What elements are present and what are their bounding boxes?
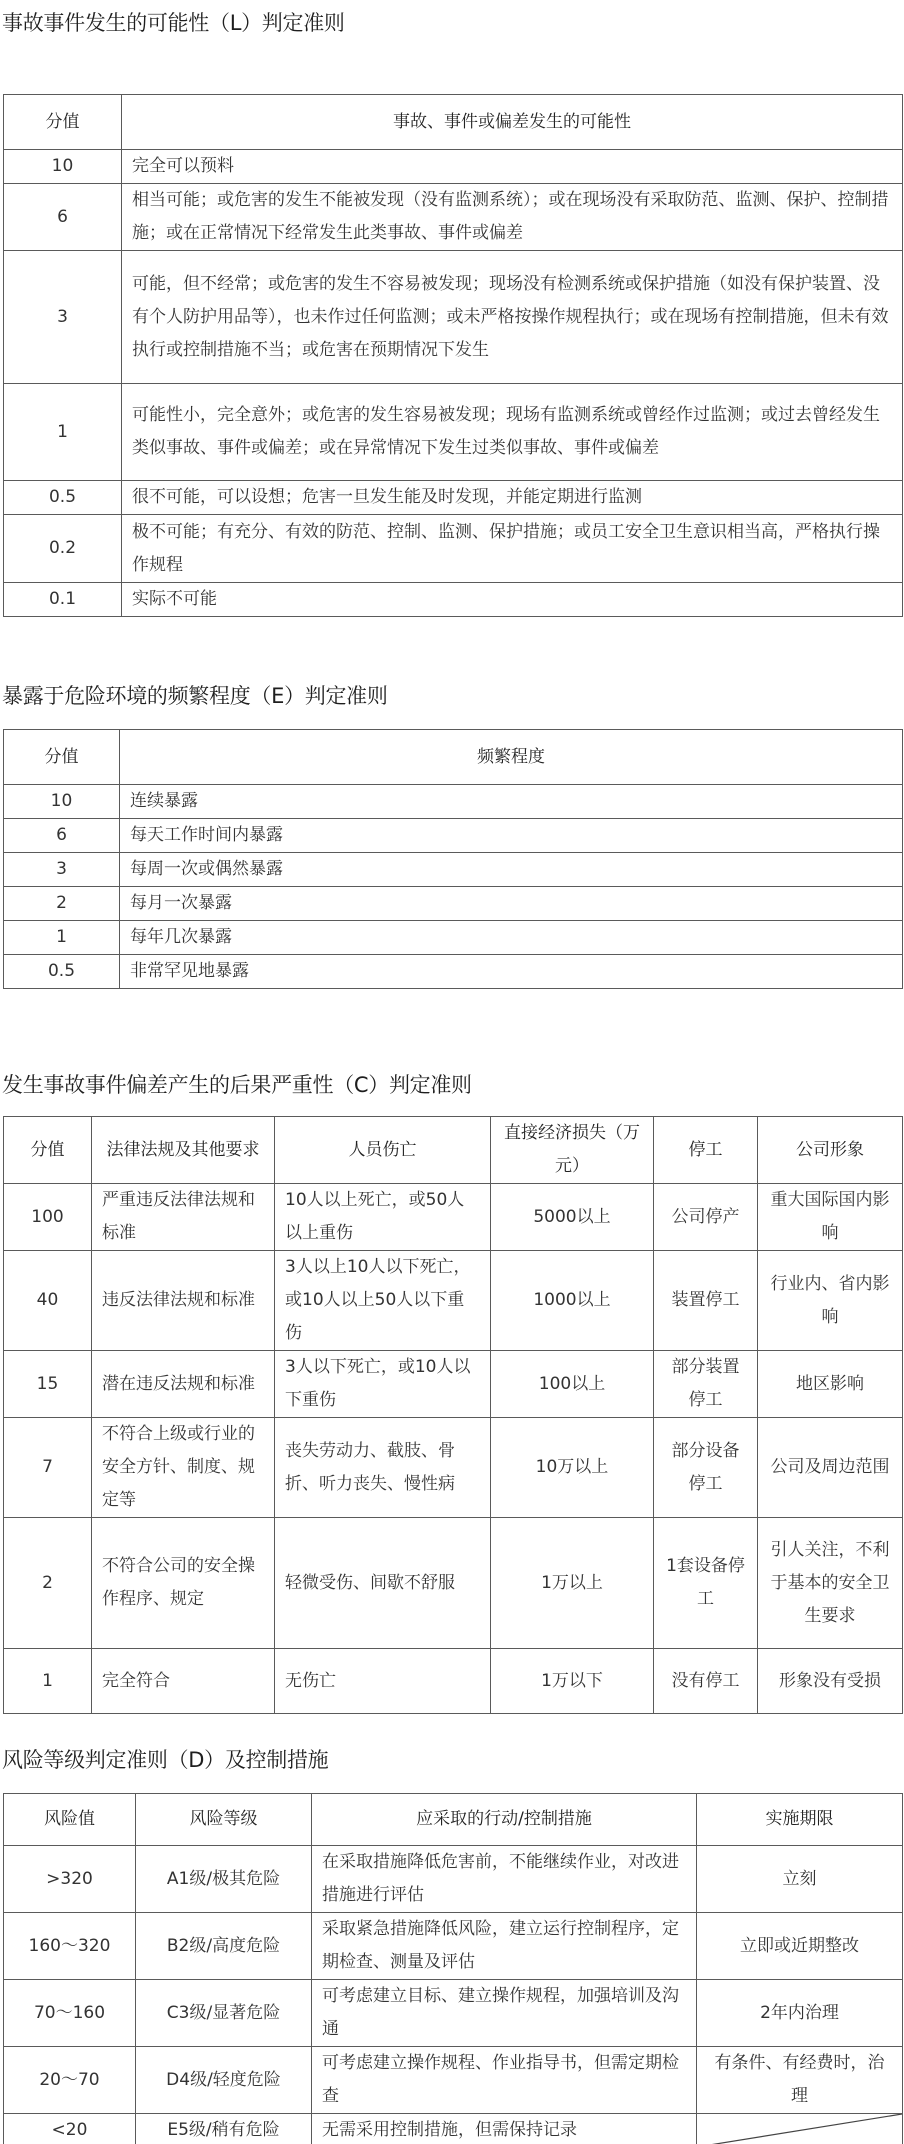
table-row: 1 可能性小，完全意外；或危害的发生容易被发现；现场有监测系统或曾经作过监测；或… — [4, 384, 903, 481]
risk-value-cell: 160～320 — [4, 1913, 136, 1980]
deadline-cell: 有条件、有经费时，治理 — [697, 2047, 903, 2114]
desc-cell: 非常罕见地暴露 — [120, 955, 903, 989]
header-score: 分值 — [4, 95, 122, 150]
score-cell: 6 — [4, 819, 120, 853]
image-cell: 形象没有受损 — [758, 1649, 903, 1714]
score-cell: 0.5 — [4, 955, 120, 989]
risk-level-cell: C3级/显著危险 — [136, 1980, 312, 2047]
score-cell: 2 — [4, 887, 120, 921]
risk-value-cell: 20～70 — [4, 2047, 136, 2114]
score-cell: 100 — [4, 1184, 92, 1251]
table-row: 1 每年几次暴露 — [4, 921, 903, 955]
table-row: 0.1 实际不可能 — [4, 583, 903, 617]
risk-level-cell: D4级/轻度危险 — [136, 2047, 312, 2114]
section-title-exposure: 暴露于危险环境的频繁程度（E）判定准则 — [2, 682, 388, 710]
image-cell: 行业内、省内影响 — [758, 1251, 903, 1351]
table-row: 10 连续暴露 — [4, 785, 903, 819]
risk-level-cell: E5级/稍有危险 — [136, 2114, 312, 2144]
law-cell: 完全符合 — [92, 1649, 275, 1714]
score-cell: 0.5 — [4, 481, 122, 515]
casualty-cell: 3人以下死亡，或10人以下重伤 — [275, 1351, 491, 1418]
risk-value-cell: 70～160 — [4, 1980, 136, 2047]
score-cell: 10 — [4, 785, 120, 819]
header-frequency: 频繁程度 — [120, 730, 903, 785]
table-row: 100 严重违反法律法规和标准 10人以上死亡，或50人以上重伤 5000以上 … — [4, 1184, 903, 1251]
loss-cell: 5000以上 — [491, 1184, 654, 1251]
image-cell: 重大国际国内影响 — [758, 1184, 903, 1251]
desc-cell: 很不可能，可以设想；危害一旦发生能及时发现，并能定期进行监测 — [122, 481, 903, 515]
law-cell: 严重违反法律法规和标准 — [92, 1184, 275, 1251]
law-cell: 违反法律法规和标准 — [92, 1251, 275, 1351]
action-cell: 无需采用控制措施，但需保持记录 — [312, 2114, 697, 2144]
table-row: 6 每天工作时间内暴露 — [4, 819, 903, 853]
table-row: >320 A1级/极其危险 在采取措施降低危害前，不能继续作业，对改进措施进行评… — [4, 1846, 903, 1913]
desc-cell: 可能性小，完全意外；或危害的发生容易被发现；现场有监测系统或曾经作过监测；或过去… — [122, 384, 903, 481]
table-row: 40 违反法律法规和标准 3人以上10人以下死亡，或10人以上50人以下重伤 1… — [4, 1251, 903, 1351]
score-cell: 40 — [4, 1251, 92, 1351]
table-row: 2 不符合公司的安全操作程序、规定 轻微受伤、间歇不舒服 1万以上 1套设备停工… — [4, 1518, 903, 1649]
action-cell: 可考虑建立操作规程、作业指导书，但需定期检查 — [312, 2047, 697, 2114]
table-row: 1 完全符合 无伤亡 1万以下 没有停工 形象没有受损 — [4, 1649, 903, 1714]
risk-level-cell: A1级/极其危险 — [136, 1846, 312, 1913]
stoppage-cell: 公司停产 — [654, 1184, 758, 1251]
table-row: 3 可能，但不经常；或危害的发生不容易被发现；现场没有检测系统或保护措施（如没有… — [4, 251, 903, 384]
score-cell: 1 — [4, 384, 122, 481]
loss-cell: 1000以上 — [491, 1251, 654, 1351]
empty-diagonal-cell — [697, 2114, 903, 2144]
risk-level-cell: B2级/高度危险 — [136, 1913, 312, 1980]
risk-value-cell: >320 — [4, 1846, 136, 1913]
desc-cell: 可能，但不经常；或危害的发生不容易被发现；现场没有检测系统或保护措施（如没有保护… — [122, 251, 903, 384]
score-cell: 6 — [4, 184, 122, 251]
table-row: 7 不符合上级或行业的安全方针、制度、规定等 丧失劳动力、截肢、骨折、听力丧失、… — [4, 1418, 903, 1518]
table-row: 2 每月一次暴露 — [4, 887, 903, 921]
score-cell: 2 — [4, 1518, 92, 1649]
section-title-risk-level: 风险等级判定准则（D）及控制措施 — [2, 1746, 328, 1774]
desc-cell: 极不可能；有充分、有效的防范、控制、监测、保护措施；或员工安全卫生意识相当高，严… — [122, 515, 903, 583]
header-risk-level: 风险等级 — [136, 1794, 312, 1846]
likelihood-table: 分值 事故、事件或偏差发生的可能性 10 完全可以预料 6 相当可能；或危害的发… — [3, 94, 903, 617]
table-row: 10 完全可以预料 — [4, 150, 903, 184]
header-risk-value: 风险值 — [4, 1794, 136, 1846]
desc-cell: 相当可能；或危害的发生不能被发现（没有监测系统）；或在现场没有采取防范、监测、保… — [122, 184, 903, 251]
header-law: 法律法规及其他要求 — [92, 1117, 275, 1184]
desc-cell: 连续暴露 — [120, 785, 903, 819]
stoppage-cell: 没有停工 — [654, 1649, 758, 1714]
risk-value-cell: <20 — [4, 2114, 136, 2144]
table-row: 15 潜在违反法规和标准 3人以下死亡，或10人以下重伤 100以上 部分装置停… — [4, 1351, 903, 1418]
score-cell: 3 — [4, 853, 120, 887]
exposure-table: 分值 频繁程度 10 连续暴露 6 每天工作时间内暴露 3 每周一次或偶然暴露 … — [3, 729, 903, 989]
score-cell: 3 — [4, 251, 122, 384]
score-cell: 0.2 — [4, 515, 122, 583]
header-image: 公司形象 — [758, 1117, 903, 1184]
image-cell: 引人关注，不利于基本的安全卫生要求 — [758, 1518, 903, 1649]
risk-level-table: 风险值 风险等级 应采取的行动/控制措施 实施期限 >320 A1级/极其危险 … — [3, 1793, 903, 2144]
loss-cell: 1万以下 — [491, 1649, 654, 1714]
header-stoppage: 停工 — [654, 1117, 758, 1184]
desc-cell: 每年几次暴露 — [120, 921, 903, 955]
score-cell: 7 — [4, 1418, 92, 1518]
stoppage-cell: 装置停工 — [654, 1251, 758, 1351]
header-likelihood: 事故、事件或偏差发生的可能性 — [122, 95, 903, 150]
table-row: 160～320 B2级/高度危险 采取紧急措施降低风险，建立运行控制程序，定期检… — [4, 1913, 903, 1980]
casualty-cell: 3人以上10人以下死亡，或10人以上50人以下重伤 — [275, 1251, 491, 1351]
table-row: 70～160 C3级/显著危险 可考虑建立目标、建立操作规程，加强培训及沟通 2… — [4, 1980, 903, 2047]
table-header-row: 风险值 风险等级 应采取的行动/控制措施 实施期限 — [4, 1794, 903, 1846]
desc-cell: 每天工作时间内暴露 — [120, 819, 903, 853]
table-row: <20 E5级/稍有危险 无需采用控制措施，但需保持记录 — [4, 2114, 903, 2144]
score-cell: 0.1 — [4, 583, 122, 617]
casualty-cell: 无伤亡 — [275, 1649, 491, 1714]
table-row: 0.5 非常罕见地暴露 — [4, 955, 903, 989]
score-cell: 15 — [4, 1351, 92, 1418]
table-header-row: 分值 频繁程度 — [4, 730, 903, 785]
desc-cell: 每月一次暴露 — [120, 887, 903, 921]
section-title-likelihood: 事故事件发生的可能性（L）判定准则 — [2, 9, 345, 37]
header-action: 应采取的行动/控制措施 — [312, 1794, 697, 1846]
casualty-cell: 10人以上死亡，或50人以上重伤 — [275, 1184, 491, 1251]
header-deadline: 实施期限 — [697, 1794, 903, 1846]
action-cell: 采取紧急措施降低风险，建立运行控制程序，定期检查、测量及评估 — [312, 1913, 697, 1980]
image-cell: 地区影响 — [758, 1351, 903, 1418]
desc-cell: 实际不可能 — [122, 583, 903, 617]
table-row: 3 每周一次或偶然暴露 — [4, 853, 903, 887]
image-cell: 公司及周边范围 — [758, 1418, 903, 1518]
table-row: 0.5 很不可能，可以设想；危害一旦发生能及时发现，并能定期进行监测 — [4, 481, 903, 515]
deadline-cell: 立即或近期整改 — [697, 1913, 903, 1980]
stoppage-cell: 部分设备停工 — [654, 1418, 758, 1518]
header-score: 分值 — [4, 1117, 92, 1184]
score-cell: 10 — [4, 150, 122, 184]
deadline-cell: 2年内治理 — [697, 1980, 903, 2047]
diagonal-slash-icon — [697, 2114, 902, 2144]
section-title-consequence: 发生事故事件偏差产生的后果严重性（C）判定准则 — [2, 1071, 472, 1099]
score-cell: 1 — [4, 921, 120, 955]
table-row: 20～70 D4级/轻度危险 可考虑建立操作规程、作业指导书，但需定期检查 有条… — [4, 2047, 903, 2114]
header-loss: 直接经济损失（万元） — [491, 1117, 654, 1184]
casualty-cell: 丧失劳动力、截肢、骨折、听力丧失、慢性病 — [275, 1418, 491, 1518]
desc-cell: 每周一次或偶然暴露 — [120, 853, 903, 887]
stoppage-cell: 部分装置停工 — [654, 1351, 758, 1418]
stoppage-cell: 1套设备停工 — [654, 1518, 758, 1649]
casualty-cell: 轻微受伤、间歇不舒服 — [275, 1518, 491, 1649]
table-header-row: 分值 事故、事件或偏差发生的可能性 — [4, 95, 903, 150]
law-cell: 不符合上级或行业的安全方针、制度、规定等 — [92, 1418, 275, 1518]
loss-cell: 10万以上 — [491, 1418, 654, 1518]
action-cell: 可考虑建立目标、建立操作规程，加强培训及沟通 — [312, 1980, 697, 2047]
table-row: 6 相当可能；或危害的发生不能被发现（没有监测系统）；或在现场没有采取防范、监测… — [4, 184, 903, 251]
header-score: 分值 — [4, 730, 120, 785]
action-cell: 在采取措施降低危害前，不能继续作业，对改进措施进行评估 — [312, 1846, 697, 1913]
deadline-cell: 立刻 — [697, 1846, 903, 1913]
loss-cell: 1万以上 — [491, 1518, 654, 1649]
table-header-row: 分值 法律法规及其他要求 人员伤亡 直接经济损失（万元） 停工 公司形象 — [4, 1117, 903, 1184]
loss-cell: 100以上 — [491, 1351, 654, 1418]
law-cell: 不符合公司的安全操作程序、规定 — [92, 1518, 275, 1649]
desc-cell: 完全可以预料 — [122, 150, 903, 184]
table-row: 0.2 极不可能；有充分、有效的防范、控制、监测、保护措施；或员工安全卫生意识相… — [4, 515, 903, 583]
header-casualty: 人员伤亡 — [275, 1117, 491, 1184]
consequence-table: 分值 法律法规及其他要求 人员伤亡 直接经济损失（万元） 停工 公司形象 100… — [3, 1116, 903, 1714]
score-cell: 1 — [4, 1649, 92, 1714]
law-cell: 潜在违反法规和标准 — [92, 1351, 275, 1418]
